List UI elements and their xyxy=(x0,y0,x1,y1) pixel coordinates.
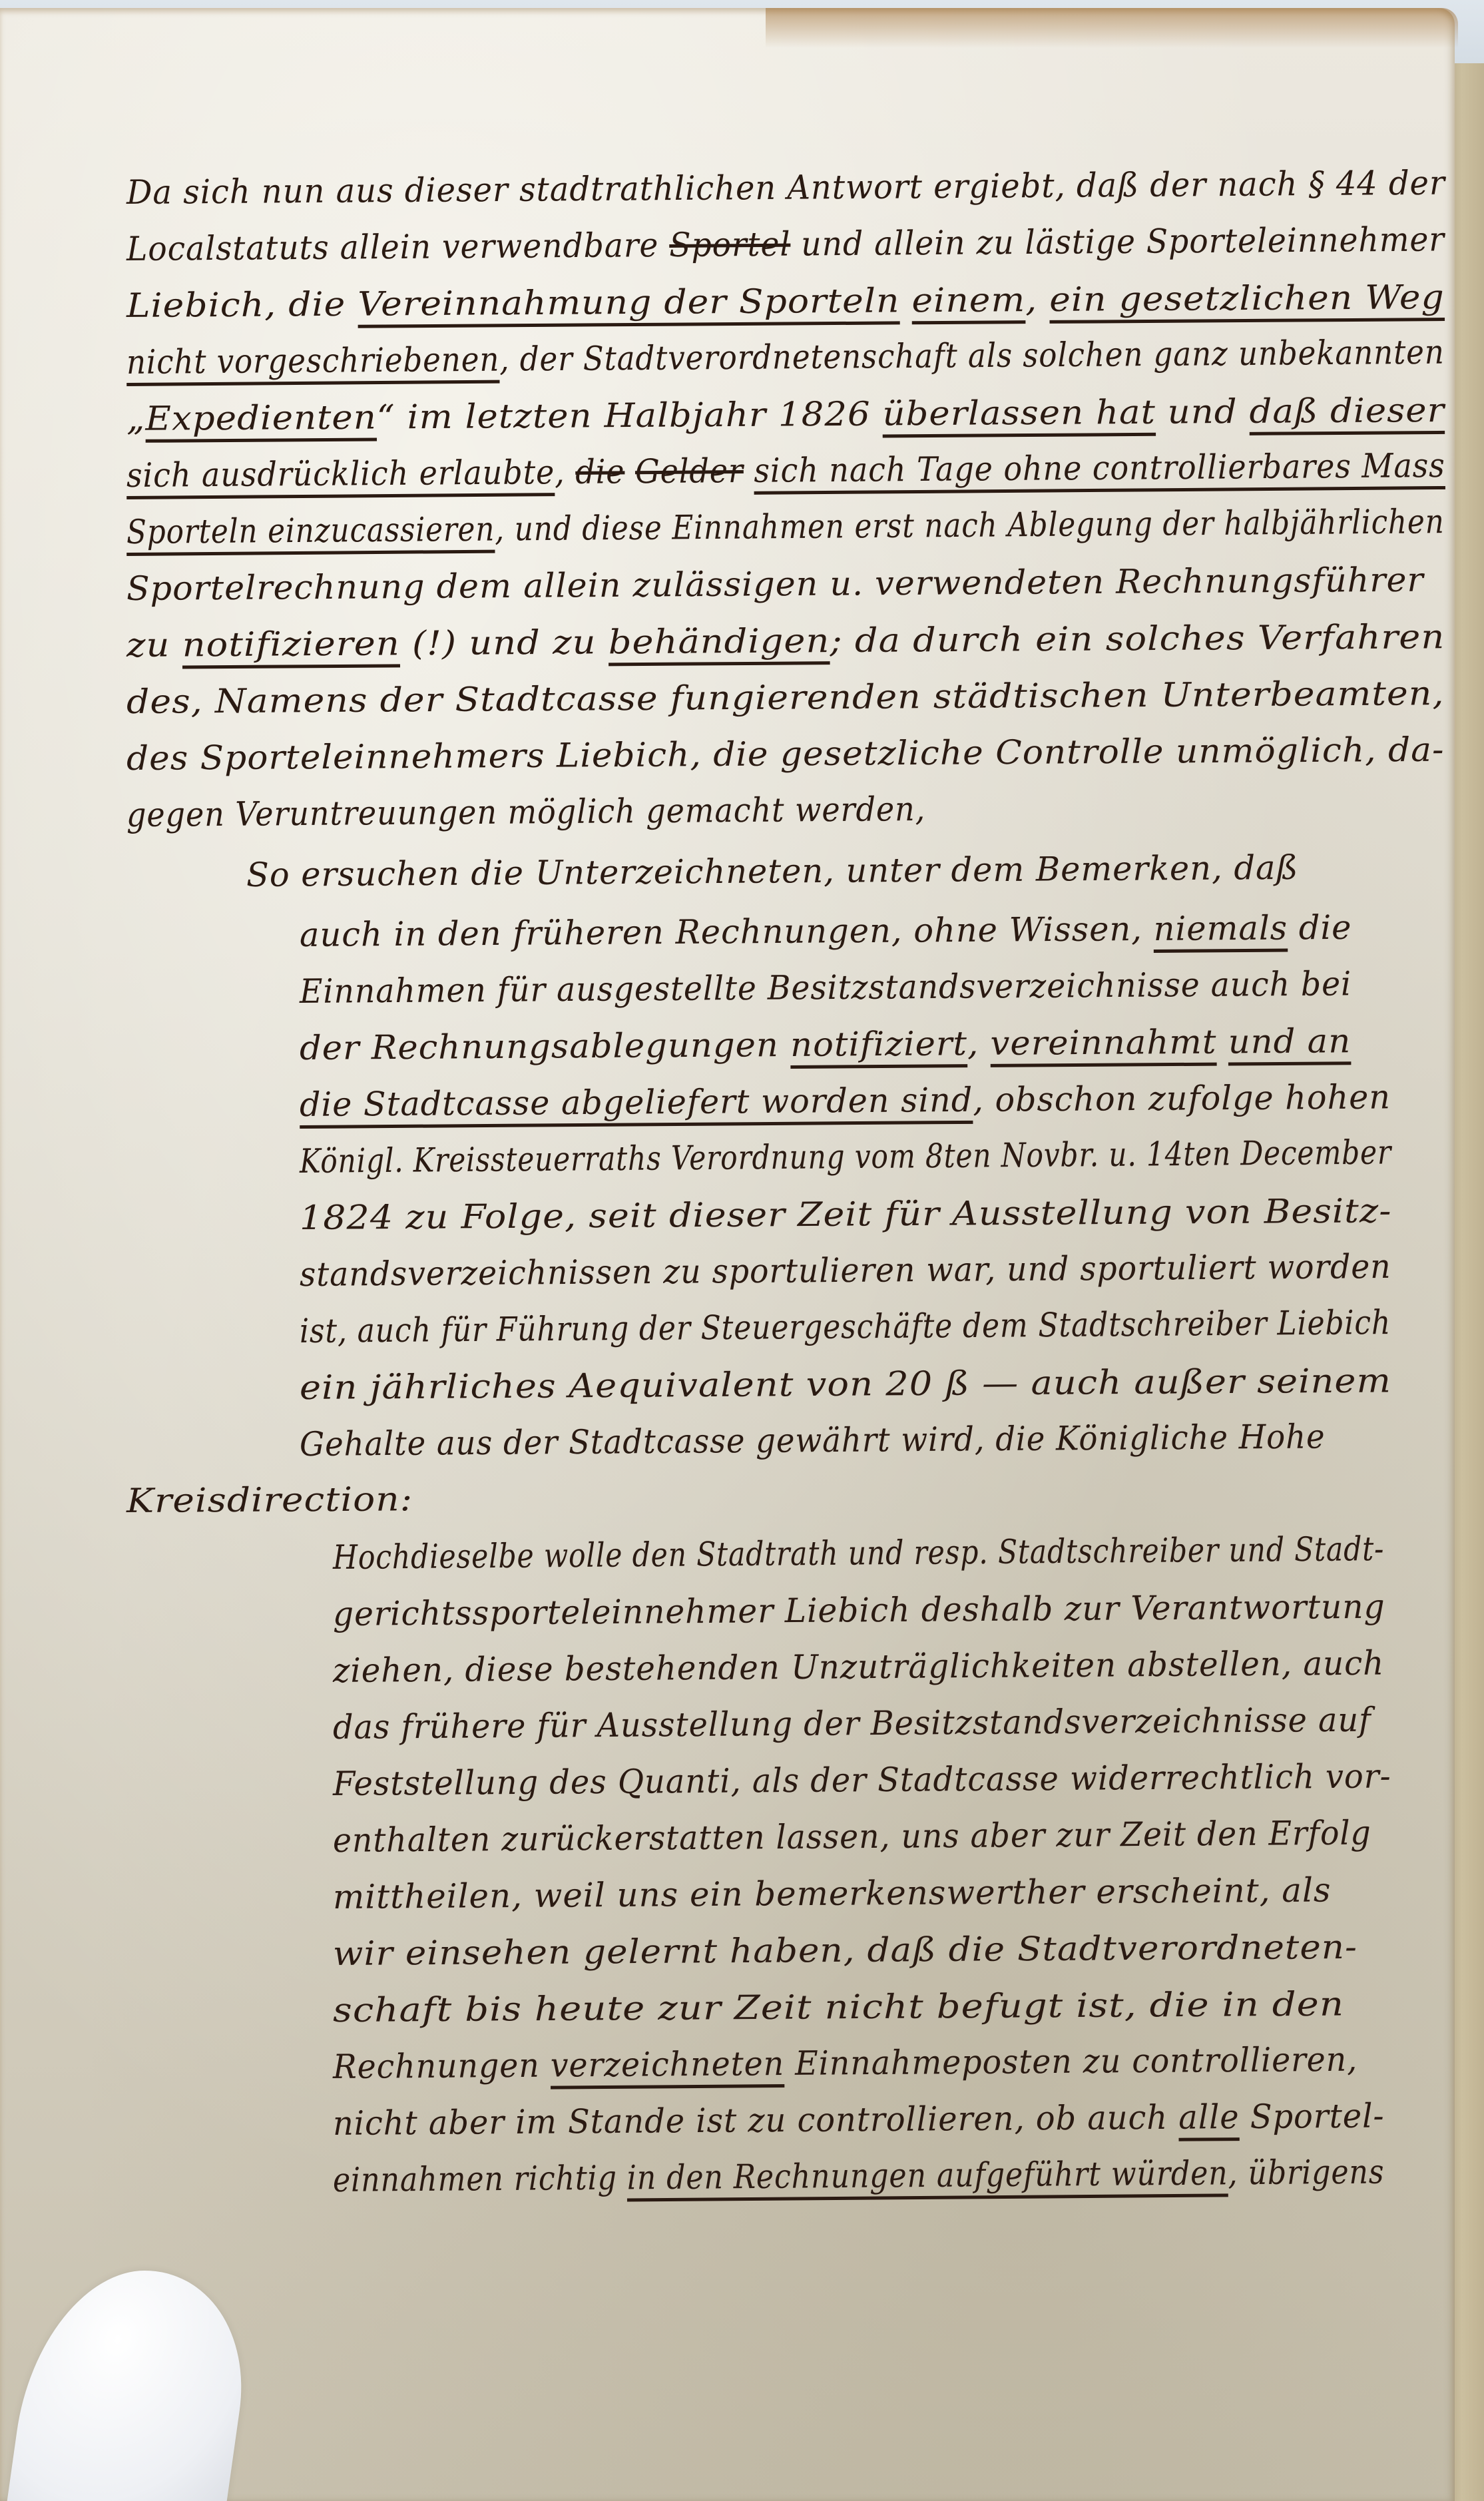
text-segment: ziehen, diese bestehenden Unzuträglichke… xyxy=(333,1644,1385,1690)
text-segment: So ersuchen die Unterzeichneten, unter d… xyxy=(246,848,1299,894)
text-segment xyxy=(624,452,635,491)
text-segment: ; da durch ein solches Verfahren xyxy=(830,617,1445,660)
manuscript-line: auch in den früheren Rechnungen, ohne Wi… xyxy=(300,908,1352,954)
manuscript-line: 1824 zu Folge, seit dieser Zeit für Auss… xyxy=(300,1191,1392,1237)
underlined-text: verzeichneten xyxy=(551,2044,785,2085)
text-segment: „ xyxy=(126,400,146,438)
underlined-text: daß dieser xyxy=(1249,391,1445,431)
text-segment xyxy=(899,281,911,320)
text-segment: einnahmen richtig xyxy=(333,2159,627,2199)
text-segment: ein jährliches Aequivalent von 20 ß — au… xyxy=(300,1361,1391,1407)
manuscript-line: Rechnungen verzeichneten Einnahmeposten … xyxy=(333,2040,1358,2086)
text-segment: und allein zu lästige Sporteleinnehmer xyxy=(790,220,1445,263)
text-segment: , und diese Einnahmen erst nach Ablegung… xyxy=(495,502,1445,548)
underlined-text: ein gesetzlichen Weg xyxy=(1049,278,1445,319)
text-segment: standsverzeichnissen zu sportulieren war… xyxy=(300,1247,1391,1294)
text-segment: enthalten zurückerstatten lassen, uns ab… xyxy=(333,1813,1371,1860)
text-segment: Sportel- xyxy=(1239,2096,1384,2136)
text-segment: das frühere für Ausstellung der Besitzst… xyxy=(333,1701,1371,1747)
underlined-text: und an xyxy=(1228,1021,1351,1061)
text-segment: “ im letzten Halbjahr 1826 xyxy=(377,394,883,436)
underlined-text: niemals xyxy=(1153,909,1288,948)
text-segment: die xyxy=(1288,908,1352,948)
struck-text: Gelder xyxy=(635,451,744,491)
underlined-text: alle xyxy=(1178,2097,1240,2137)
text-segment: Einnahmen für ausgestellte Besitzstandsv… xyxy=(300,964,1352,1011)
text-segment: mittheilen, weil uns ein bemerkenswerthe… xyxy=(333,1870,1332,1916)
text-segment: der Rechnungsablegungen xyxy=(300,1025,791,1067)
manuscript-line: gerichtssporteleinnehmer Liebich deshalb… xyxy=(333,1587,1385,1633)
manuscript-line: Kreisdirection: xyxy=(126,1480,413,1520)
manuscript-line: das frühere für Ausstellung der Besitzst… xyxy=(333,1701,1371,1747)
text-segment: Einnahmeposten zu controllieren, xyxy=(784,2040,1358,2083)
text-segment: (!) und zu xyxy=(400,623,609,663)
text-segment: gegen Veruntreuungen möglich gemacht wer… xyxy=(126,790,926,834)
text-segment xyxy=(1216,1022,1228,1061)
text-segment: 1824 zu Folge, seit dieser Zeit für Auss… xyxy=(300,1191,1392,1237)
text-segment: wir einsehen gelernt haben, daß die Stad… xyxy=(333,1928,1358,1973)
text-segment: , xyxy=(1025,280,1050,319)
text-segment: Feststellung des Quanti, als der Stadtca… xyxy=(333,1757,1391,1803)
manuscript-line: enthalten zurückerstatten lassen, uns ab… xyxy=(333,1813,1371,1860)
manuscript-line: Einnahmen für ausgestellte Besitzstandsv… xyxy=(300,964,1352,1011)
text-segment: , xyxy=(967,1024,991,1063)
text-segment: , xyxy=(555,453,575,491)
text-segment: auch in den früheren Rechnungen, ohne Wi… xyxy=(300,910,1154,954)
struck-text: die xyxy=(575,452,625,491)
underlined-text: überlassen hat xyxy=(882,393,1156,433)
text-segment: , übrigens xyxy=(1228,2153,1384,2193)
manuscript-line: standsverzeichnissen zu sportulieren war… xyxy=(300,1247,1391,1294)
underlined-text: vereinnahmt xyxy=(990,1023,1216,1063)
underlined-text: notifizieren xyxy=(182,624,400,664)
manuscript-line: die Stadtcasse abgeliefert worden sind, … xyxy=(300,1077,1391,1124)
underlined-text: Sporteln einzucassieren xyxy=(126,510,495,551)
struck-text: Sportel xyxy=(669,225,791,264)
underlined-text: die Stadtcasse abgeliefert worden sind xyxy=(300,1081,973,1124)
manuscript-line: So ersuchen die Unterzeichneten, unter d… xyxy=(246,848,1299,894)
underlined-text: notifiziert xyxy=(790,1024,967,1064)
text-segment: , obschon zufolge hohen xyxy=(973,1077,1391,1119)
underlined-text: behändigen xyxy=(609,621,830,661)
text-segment: zu xyxy=(126,625,182,665)
underlined-text: in den Rechnungen aufgeführt würden xyxy=(627,2153,1228,2197)
underlined-text: sich nach Tage ohne controllierbares Mas… xyxy=(754,446,1445,490)
manuscript-line: gegen Veruntreuungen möglich gemacht wer… xyxy=(126,790,926,834)
text-segment: Liebich, die xyxy=(126,285,358,325)
underlined-text: Expedienten xyxy=(145,398,377,438)
burnt-page-edge xyxy=(766,8,1458,48)
manuscript-line: Gehalte aus der Stadtcasse gewährt wird,… xyxy=(300,1417,1326,1464)
text-segment: Rechnungen xyxy=(333,2046,551,2086)
text-segment xyxy=(744,451,754,490)
text-segment: , der Stadtverordnetenschaft als solchen… xyxy=(499,333,1445,379)
text-segment: Gehalte aus der Stadtcasse gewährt wird,… xyxy=(300,1417,1326,1464)
manuscript-line: Feststellung des Quanti, als der Stadtca… xyxy=(333,1757,1391,1803)
manuscript-line: ziehen, diese bestehenden Unzuträglichke… xyxy=(333,1644,1385,1690)
manuscript-line: der Rechnungsablegungen notifiziert, ver… xyxy=(300,1021,1352,1067)
manuscript-line: wir einsehen gelernt haben, daß die Stad… xyxy=(333,1928,1358,1973)
underlined-text: Vereinnahmung der Sporteln xyxy=(358,281,900,323)
manuscript-line: mittheilen, weil uns ein bemerkenswerthe… xyxy=(333,1870,1332,1916)
text-segment: nicht aber im Stande ist zu controlliere… xyxy=(333,2098,1179,2143)
text-segment: gerichtssporteleinnehmer Liebich deshalb… xyxy=(333,1587,1385,1633)
manuscript-line: ein jährliches Aequivalent von 20 ß — au… xyxy=(300,1361,1391,1407)
text-segment: Kreisdirection: xyxy=(126,1480,413,1520)
text-segment: schaft bis heute zur Zeit nicht befugt i… xyxy=(333,1985,1344,2030)
manuscript-line: nicht aber im Stande ist zu controlliere… xyxy=(333,2096,1385,2143)
text-segment: Localstatuts allein verwendbare xyxy=(126,226,670,268)
underlined-text: sich ausdrücklich erlaubte xyxy=(126,453,555,495)
text-segment: und xyxy=(1156,392,1250,431)
underlined-text: einem xyxy=(911,280,1025,320)
manuscript-line: schaft bis heute zur Zeit nicht befugt i… xyxy=(333,1985,1344,2030)
underlined-text: nicht vorgeschriebenen xyxy=(126,340,500,382)
